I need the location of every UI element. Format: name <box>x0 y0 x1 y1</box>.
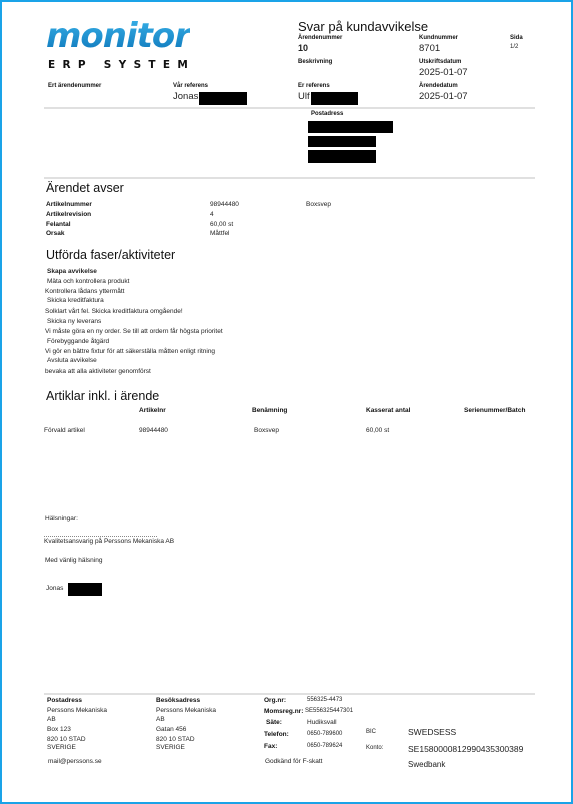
case-label: Felantal <box>46 221 71 228</box>
monitor-logo: monitor <box>46 16 190 56</box>
case-extra: Boxsvep <box>306 201 331 208</box>
activity-item: Avsluta avvikelse <box>47 357 97 364</box>
footer-postadress-line: Perssons Mekaniska <box>47 707 107 714</box>
fax-value: 0650-789624 <box>307 743 342 749</box>
article-artikelnr: 98944480 <box>139 427 168 434</box>
arendedatum-value: 2025-01-07 <box>419 91 468 102</box>
footer-postadress-label: Postadress <box>47 697 82 704</box>
redacted-address-line <box>308 121 393 133</box>
kundnummer-value: 8701 <box>419 43 440 54</box>
document-title: Svar på kundavvikelse <box>298 19 428 34</box>
case-value: Måttfel <box>210 230 230 237</box>
greeting: Hälsningar: <box>45 515 78 522</box>
signature-line <box>44 536 157 537</box>
activity-item: Vi måste göra en ny order. Se till att o… <box>45 328 223 335</box>
logo-subtitle: ERP SYSTEM <box>48 59 195 71</box>
activity-item: Mäta och kontrollera produkt <box>47 278 129 285</box>
articles-heading: Artiklar inkl. i ärende <box>46 389 159 403</box>
bic-value: SWEDSESS <box>408 727 456 737</box>
activity-item: bevaka att alla aktiviteter genomförst <box>45 368 151 375</box>
fskatt-note: Godkänd för F-skatt <box>265 758 322 765</box>
article-benamning: Boxsvep <box>254 427 279 434</box>
footer-besoksadress-line: Perssons Mekaniska <box>156 707 216 714</box>
signer-role: Kvalitetsansvarig på Perssons Mekaniska … <box>44 538 174 545</box>
activity-item: Solklart vårt fel. Skicka kreditfaktura … <box>45 308 183 315</box>
case-value: 4 <box>210 211 214 218</box>
column-header-serienummer: Serienummer/Batch <box>464 407 525 414</box>
telefon-label: Telefon: <box>264 731 289 738</box>
divider <box>44 693 535 695</box>
fax-label: Fax: <box>264 743 277 750</box>
orgnr-label: Org.nr: <box>264 697 286 704</box>
footer-email[interactable]: mail@perssons.se <box>48 758 102 765</box>
utskriftsdatum-label: Utskriftsdatum <box>419 59 461 65</box>
activity-item: Förebyggande åtgärd <box>47 338 109 345</box>
redacted-surname <box>311 92 358 105</box>
arendedatum-label: Ärendedatum <box>419 83 458 89</box>
case-label: Artikelrevision <box>46 211 91 218</box>
activity-item: Vi gör en bättre fixtur för att säkerstä… <box>45 348 215 355</box>
redacted-surname <box>199 92 247 105</box>
column-header-artikelnr: Artikelnr <box>139 407 166 414</box>
column-header-kasserat: Kasserat antal <box>366 407 410 414</box>
sida-label: Sida <box>510 35 523 41</box>
footer-postadress-line: SVERIGE <box>47 744 76 751</box>
divider <box>44 107 535 109</box>
footer-besoksadress-line: 820 10 STAD <box>156 736 195 743</box>
sida-value: 1/2 <box>510 44 518 50</box>
signer-name: Jonas <box>46 585 63 592</box>
beskrivning-label: Beskrivning <box>298 59 332 65</box>
er-referens-value: Ulf <box>298 91 310 102</box>
orgnr-value: 556325-4473 <box>307 697 342 703</box>
activity-item: Skapa avvikelse <box>47 268 97 275</box>
redacted-address-line <box>308 136 376 147</box>
arendenummer-label: Ärendenummer <box>298 35 342 41</box>
redacted-address-line <box>308 150 376 163</box>
er-referens-label: Er referens <box>298 83 330 89</box>
bank-name: Swedbank <box>408 760 445 769</box>
footer-besoksadress-label: Besöksadress <box>156 697 200 704</box>
case-value: 60,00 st <box>210 221 233 228</box>
footer-besoksadress-line: SVERIGE <box>156 744 185 751</box>
konto-value: SE1580000812990435300389 <box>408 744 523 754</box>
sate-label: Säte: <box>266 719 282 726</box>
case-heading: Ärendet avser <box>46 181 124 195</box>
divider <box>44 177 535 179</box>
var-referens-label: Vår referens <box>173 83 208 89</box>
konto-label: Konto: <box>366 745 383 751</box>
article-kasserat: 60,00 st <box>366 427 389 434</box>
utskriftsdatum-value: 2025-01-07 <box>419 67 468 78</box>
footer-besoksadress-line: AB <box>156 716 165 723</box>
case-label: Artikelnummer <box>46 201 92 208</box>
kundnummer-label: Kundnummer <box>419 35 458 41</box>
bic-label: BIC <box>366 729 376 735</box>
regards: Med vänlig hälsning <box>45 557 102 564</box>
article-row-label: Förvald artikel <box>44 427 85 434</box>
sate-value: Hudiksvall <box>307 719 337 726</box>
telefon-value: 0650-789600 <box>307 731 342 737</box>
footer-postadress-line: AB <box>47 716 56 723</box>
var-referens-value: Jonas <box>173 91 198 102</box>
footer-postadress-line: Box 123 <box>47 726 71 733</box>
activity-item: Skicka kreditfaktura <box>47 297 104 304</box>
activities-heading: Utförda faser/aktiviteter <box>46 248 175 262</box>
er-arendenummer-label: Ert ärendenummer <box>48 83 101 89</box>
footer-besoksadress-line: Gatan 456 <box>156 726 186 733</box>
arendenummer-value: 10 <box>298 43 308 53</box>
momsreg-label: Momsreg.nr: <box>264 708 303 715</box>
footer-postadress-line: 820 10 STAD <box>47 736 86 743</box>
momsreg-value: SE556325447301 <box>305 708 353 714</box>
activity-item: Skicka ny leverans <box>47 318 101 325</box>
column-header-benamning: Benämning <box>252 407 287 414</box>
case-label: Orsak <box>46 230 64 237</box>
postadress-label: Postadress <box>311 111 343 117</box>
activity-item: Kontrollera lådans yttermått <box>45 288 124 295</box>
redacted-surname <box>68 583 102 596</box>
case-value: 98944480 <box>210 201 239 208</box>
